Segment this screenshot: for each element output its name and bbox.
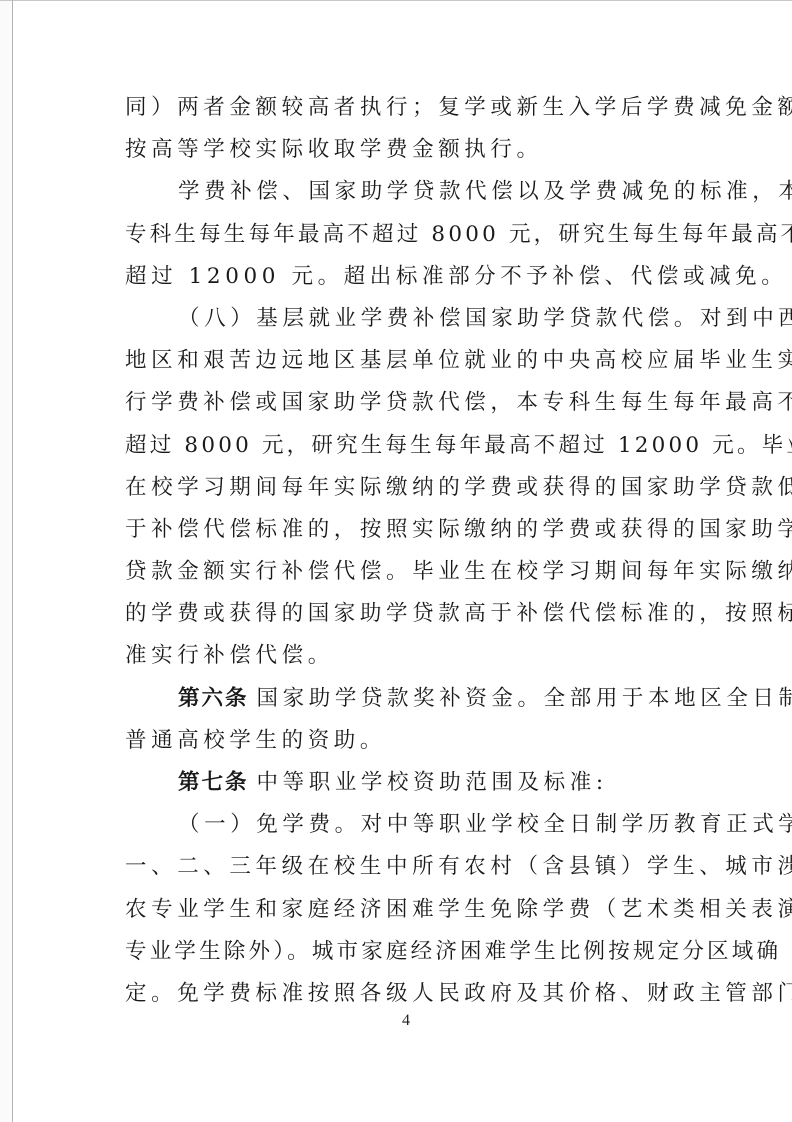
paragraph-start-line: （一）免学费。对中等职业学校全日制学历教育正式学籍	[125, 804, 685, 846]
text-line: 贷款金额实行补偿代偿。毕业生在校学习期间每年实际缴纳	[125, 551, 685, 593]
paragraph-start-line: 学费补偿、国家助学贷款代偿以及学费减免的标准，本	[125, 171, 685, 213]
text-line: 超过 12000 元。超出标准部分不予补偿、代偿或减免。	[125, 256, 685, 298]
text-line: 的学费或获得的国家助学贷款高于补偿代偿标准的，按照标	[125, 593, 685, 635]
article-six-text: 国家助学贷款奖补资金。全部用于本地区全日制	[257, 686, 792, 711]
text-line: 农专业学生和家庭经济困难学生免除学费（艺术类相关表演	[125, 889, 685, 931]
document-body: 同）两者金额较高者执行；复学或新生入学后学费减免金额， 按高等学校实际收取学费金…	[125, 87, 685, 1015]
text-line: 按高等学校实际收取学费金额执行。	[125, 129, 685, 171]
page-border-left	[12, 0, 13, 1122]
text-line: 定。免学费标准按照各级人民政府及其价格、财政主管部门	[125, 973, 685, 1015]
scan-edge	[0, 0, 12, 1122]
article-six-heading: 第六条	[178, 686, 249, 711]
text-line: 一、二、三年级在校生中所有农村（含县镇）学生、城市涉	[125, 846, 685, 888]
text-line: 普通高校学生的资助。	[125, 720, 685, 762]
text-line: 行学费补偿或国家助学贷款代偿，本专科生每生每年最高不	[125, 382, 685, 424]
text-line: 专科生每生每年最高不超过 8000 元，研究生每生每年最高不	[125, 214, 685, 256]
text-line: 同）两者金额较高者执行；复学或新生入学后学费减免金额，	[125, 87, 685, 129]
article-six-line: 第六条国家助学贷款奖补资金。全部用于本地区全日制	[125, 678, 685, 720]
page-border-top	[0, 0, 792, 1]
paragraph-start-line: （八）基层就业学费补偿国家助学贷款代偿。对到中西部	[125, 298, 685, 340]
article-seven-heading: 第七条	[178, 770, 249, 795]
article-seven-line: 第七条中等职业学校资助范围及标准:	[125, 762, 685, 804]
text-line: 准实行补偿代偿。	[125, 635, 685, 677]
text-line: 超过 8000 元，研究生每生每年最高不超过 12000 元。毕业生	[125, 425, 685, 467]
text-line: 地区和艰苦边远地区基层单位就业的中央高校应届毕业生实	[125, 340, 685, 382]
text-line: 在校学习期间每年实际缴纳的学费或获得的国家助学贷款低	[125, 467, 685, 509]
text-line: 专业学生除外）。城市家庭经济困难学生比例按规定分区域确	[125, 931, 685, 973]
page-number: 4	[399, 1012, 413, 1030]
article-seven-text: 中等职业学校资助范围及标准:	[257, 770, 608, 795]
text-line: 于补偿代偿标准的，按照实际缴纳的学费或获得的国家助学	[125, 509, 685, 551]
